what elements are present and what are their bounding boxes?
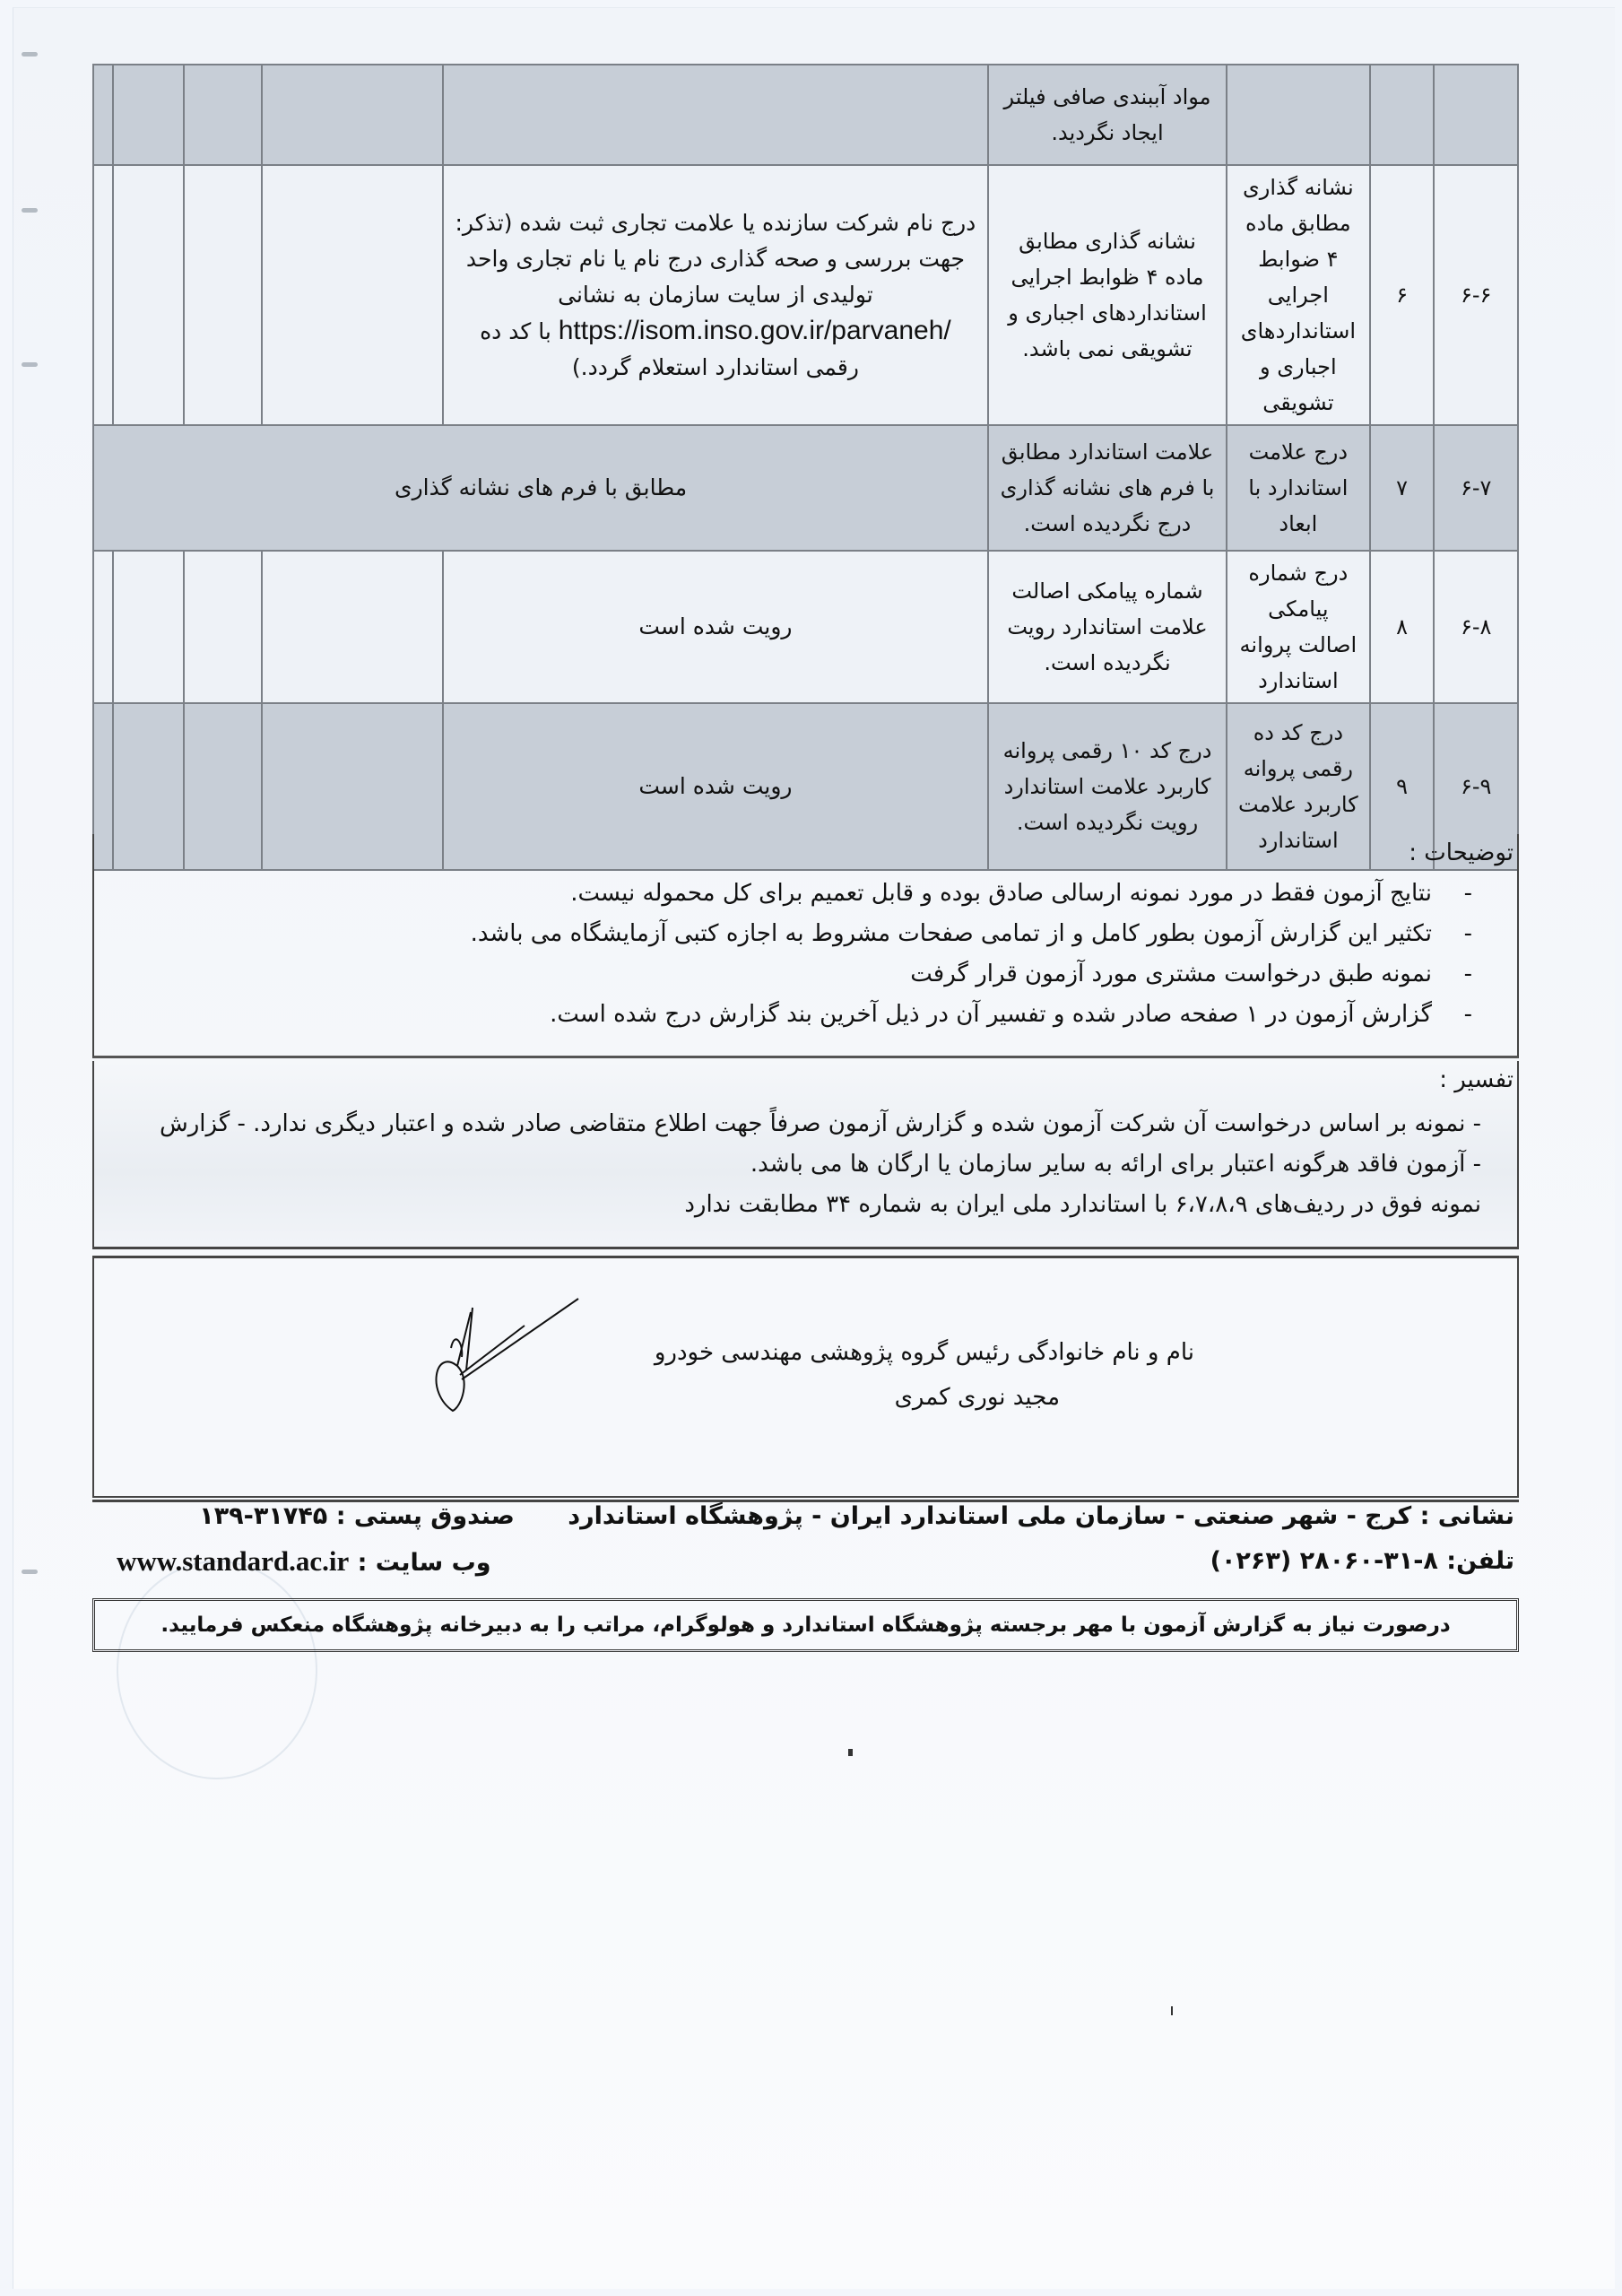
interpretation-line: - آزمون فاقد هرگونه اعتبار برای ارائه به… <box>130 1144 1481 1185</box>
empty-cell <box>93 551 113 703</box>
inquiry-url-link[interactable]: https://isom.inso.gov.ir/parvaneh/ <box>559 316 951 345</box>
embossed-stamp-notice: درصورت نیاز به گزارش آزمون با مهر برجسته… <box>92 1598 1519 1652</box>
row-number-cell: ۷ <box>1370 425 1435 551</box>
row-number-cell <box>1370 65 1435 165</box>
embossed-stamp-ghost <box>117 1561 317 1779</box>
bullet-dash: - <box>1464 874 1472 914</box>
signer-title: نام و نام خانوادگی رئیس گروه پژوهشی مهند… <box>655 1339 1194 1366</box>
result-line: درج نام شرکت سازنده یا علامت تجاری ثبت ش… <box>453 205 978 241</box>
interpretation-line: - نمونه بر اساس درخواست آن شرکت آزمون شد… <box>130 1104 1481 1144</box>
note-text: تکثیر این گزارش آزمون بطور کامل و از تما… <box>471 920 1432 947</box>
note-text: نتایج آزمون فقط در مورد نمونه ارسالی صاد… <box>570 880 1432 907</box>
empty-cell <box>93 65 113 165</box>
result-line: رقمی استاندارد استعلام گردد.) <box>453 350 978 386</box>
note-text: گزارش آزمون در ۱ صفحه صادر شده و تفسیر آ… <box>550 1001 1432 1028</box>
row-code-cell: ۶-۷ <box>1434 425 1518 551</box>
interpretation-line: نمونه فوق در ردیف‌های ۶،۷،۸،۹ با استاندا… <box>130 1185 1481 1225</box>
website-line: وب سایت : www.standard.ac.ir <box>117 1545 491 1578</box>
requirement-cell: شماره پیامکی اصالت علامت استاندارد رویت … <box>988 551 1227 703</box>
website-link[interactable]: www.standard.ac.ir <box>117 1545 349 1577</box>
interpretation-text: - نمونه بر اساس درخواست آن شرکت آزمون شد… <box>130 1104 1481 1225</box>
test-item-cell <box>1227 65 1370 165</box>
result-cell: رویت شده است <box>443 551 988 703</box>
scan-speck <box>848 1749 853 1756</box>
requirement-cell: علامت استاندارد مطابق با فرم های نشانه گ… <box>988 425 1227 551</box>
phone-line: تلفن: ۸-۳۱-۲۸۰۶۰ (۰۲۶۳) <box>1210 1547 1514 1575</box>
result-cell: درج نام شرکت سازنده یا علامت تجاری ثبت ش… <box>443 165 988 425</box>
empty-cell <box>184 551 262 703</box>
test-item-cell: نشانه گذاری مطابق ماده ۴ ضوابط اجرایی اس… <box>1227 165 1370 425</box>
empty-cell <box>262 551 442 703</box>
empty-cell <box>93 165 113 425</box>
bullet-dash: - <box>1464 995 1472 1035</box>
row-code-cell: ۶-۶ <box>1434 165 1518 425</box>
punch-hole-mark <box>22 52 38 57</box>
address-text: نشانی : کرج - شهر صنعتی - سازمان ملی است… <box>568 1502 1514 1530</box>
result-line-suffix: با کد ده <box>480 318 551 344</box>
row-number-cell: ۸ <box>1370 551 1435 703</box>
signature-section: نام و نام خانوادگی رئیس گروه پژوهشی مهند… <box>92 1256 1519 1498</box>
row-code-cell: ۶-۸ <box>1434 551 1518 703</box>
signer-name: مجید نوری کمری <box>895 1384 1060 1411</box>
row-code-cell <box>1434 65 1518 165</box>
test-item-cell: درج شماره پیامکی اصالت پروانه استاندارد <box>1227 551 1370 703</box>
scan-speck <box>1171 2006 1173 2015</box>
handwritten-signature-icon <box>417 1294 596 1429</box>
table-row: مواد آببندی صافی فیلتر ایجاد نگردید. <box>93 65 1518 165</box>
interpretation-title: تفسیر : <box>1439 1066 1514 1093</box>
punch-hole-mark <box>22 362 38 367</box>
result-line: https://isom.inso.gov.ir/parvaneh/ با کد… <box>453 313 978 350</box>
bullet-dash: - <box>1464 954 1472 995</box>
bullet-dash: - <box>1464 914 1472 954</box>
interpretation-section: تفسیر : - نمونه بر اساس درخواست آن شرکت … <box>92 1061 1519 1249</box>
result-cell: مطابق با فرم های نشانه گذاری <box>93 425 988 551</box>
table-row: ۶-۸ ۸ درج شماره پیامکی اصالت پروانه استا… <box>93 551 1518 703</box>
empty-cell <box>184 165 262 425</box>
note-item: -گزارش آزمون در ۱ صفحه صادر شده و تفسیر … <box>471 995 1472 1035</box>
address-line: نشانی : کرج - شهر صنعتی - سازمان ملی است… <box>199 1502 1514 1530</box>
test-item-cell: درج علامت استاندارد با ابعاد <box>1227 425 1370 551</box>
row-number-cell: ۶ <box>1370 165 1435 425</box>
note-item: -نمونه طبق درخواست مشتری مورد آزمون قرار… <box>471 954 1472 995</box>
punch-hole-mark <box>22 1570 38 1574</box>
note-text: نمونه طبق درخواست مشتری مورد آزمون قرار … <box>910 961 1432 987</box>
empty-cell <box>113 551 184 703</box>
empty-cell <box>262 165 442 425</box>
notes-title: توضیحات : <box>1409 839 1514 866</box>
note-item: -نتایج آزمون فقط در مورد نمونه ارسالی صا… <box>471 874 1472 914</box>
empty-cell <box>184 65 262 165</box>
empty-cell <box>113 165 184 425</box>
punch-hole-mark <box>22 208 38 213</box>
requirement-cell: مواد آببندی صافی فیلتر ایجاد نگردید. <box>988 65 1227 165</box>
note-item: -تکثیر این گزارش آزمون بطور کامل و از تم… <box>471 914 1472 954</box>
po-box-text: صندوق پستی : ۳۱۷۴۵-۱۳۹ <box>199 1502 515 1530</box>
requirement-cell: نشانه گذاری مطابق ماده ۴ ظوابط اجرایی اس… <box>988 165 1227 425</box>
empty-cell <box>113 65 184 165</box>
notes-section: توضیحات : -نتایج آزمون فقط در مورد نمونه… <box>92 834 1519 1058</box>
results-table: مواد آببندی صافی فیلتر ایجاد نگردید. ۶-۶… <box>92 64 1519 871</box>
empty-cell <box>262 65 442 165</box>
website-label: وب سایت : <box>358 1549 491 1577</box>
result-line: جهت بررسی و صحه گذاری درج نام یا نام تجا… <box>453 241 978 277</box>
notes-list: -نتایج آزمون فقط در مورد نمونه ارسالی صا… <box>471 874 1472 1035</box>
result-line: تولیدی از سایت سازمان به نشانی <box>453 277 978 313</box>
table-row: ۶-۶ ۶ نشانه گذاری مطابق ماده ۴ ضوابط اجر… <box>93 165 1518 425</box>
table-row: ۶-۷ ۷ درج علامت استاندارد با ابعاد علامت… <box>93 425 1518 551</box>
result-cell <box>443 65 988 165</box>
